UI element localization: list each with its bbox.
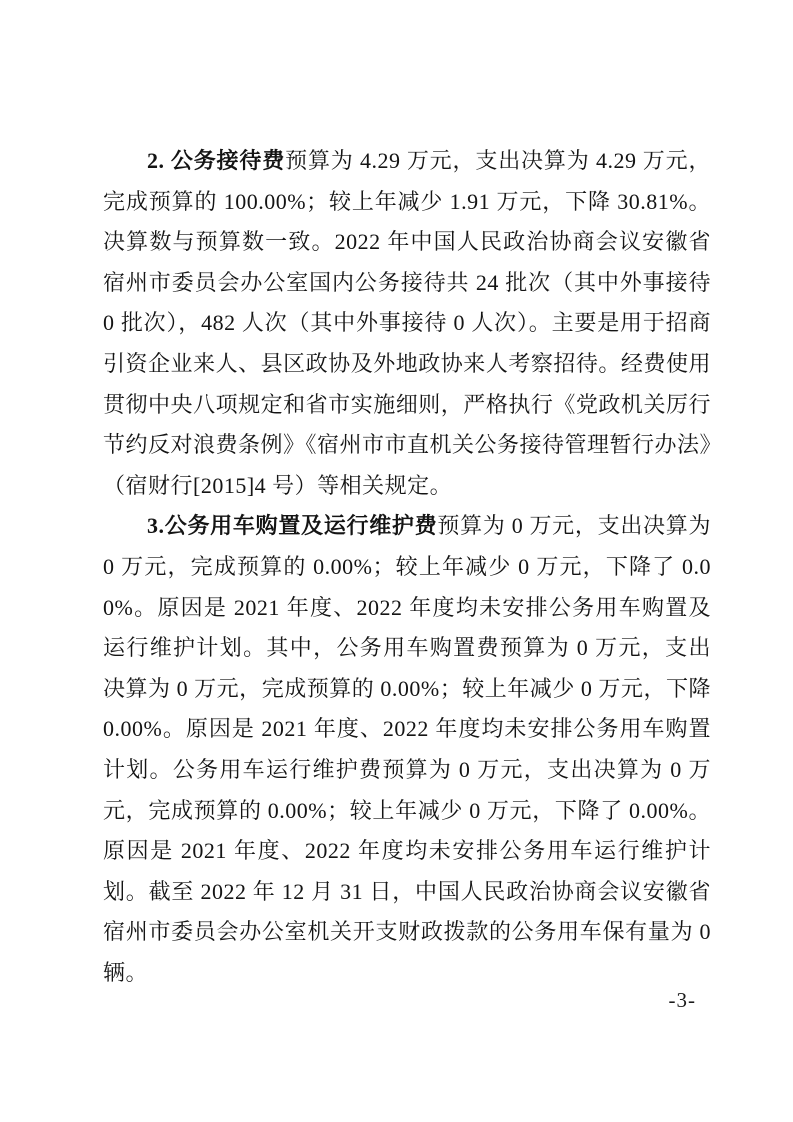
paragraph-heading-reception: 2. 公务接待费: [147, 148, 285, 173]
document-page: 2. 公务接待费预算为 4.29 万元，支出决算为 4.29 万元，完成预算的 …: [0, 0, 793, 1122]
paragraph-official-vehicle-expenses: 3.公务用车购置及运行维护费预算为 0 万元，支出决算为 0 万元，完成预算的 …: [103, 506, 711, 993]
paragraph-official-reception-expenses: 2. 公务接待费预算为 4.29 万元，支出决算为 4.29 万元，完成预算的 …: [103, 141, 711, 506]
paragraph-text-vehicle: 预算为 0 万元，支出决算为 0 万元，完成预算的 0.00%；较上年减少 0 …: [103, 513, 711, 985]
paragraph-text-reception: 预算为 4.29 万元，支出决算为 4.29 万元，完成预算的 100.00%；…: [103, 148, 711, 498]
document-body: 2. 公务接待费预算为 4.29 万元，支出决算为 4.29 万元，完成预算的 …: [103, 141, 711, 993]
page-number: -3-: [669, 988, 697, 1013]
paragraph-heading-vehicle: 3.公务用车购置及运行维护费: [147, 513, 437, 538]
